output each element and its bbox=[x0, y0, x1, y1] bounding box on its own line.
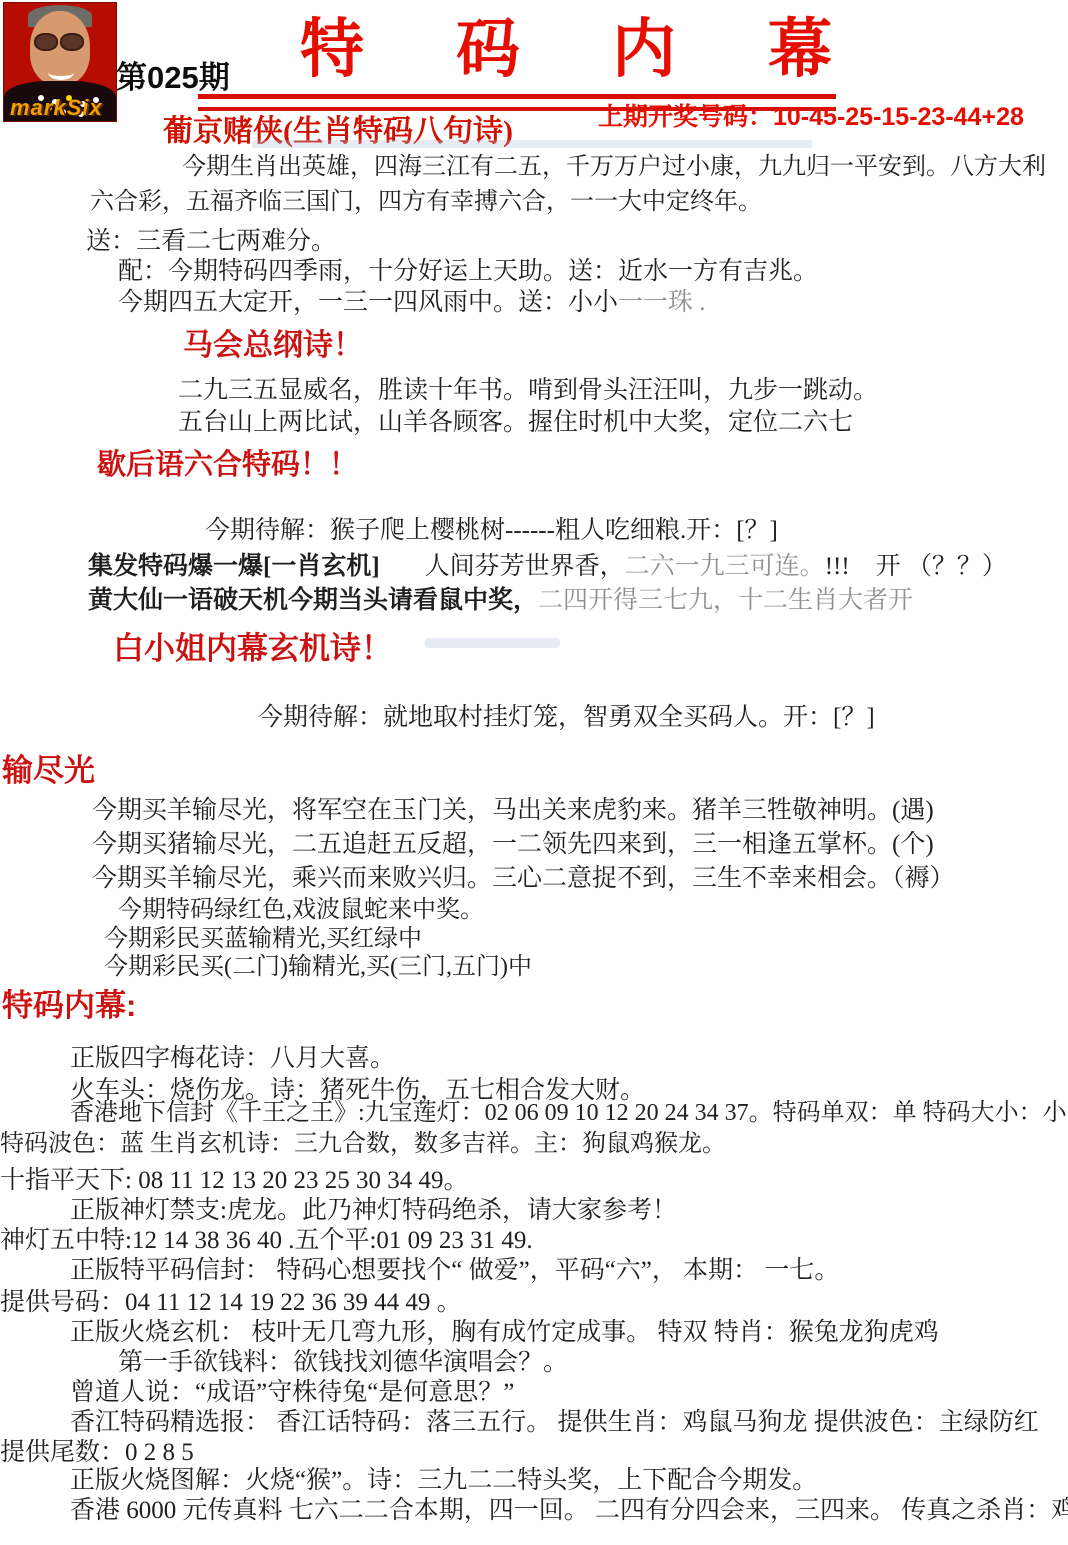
mahui-line1: 二九三五显威名，胜读十年书。啃到骨头汪汪叫，九步一跳动。 bbox=[178, 370, 878, 406]
huangdaxian-faded1: 二四开得三七九， bbox=[538, 587, 738, 614]
jifa-poem: 人间芬芳世界香， bbox=[425, 553, 625, 580]
heading-xiehouyu: 歇后语六合特码！！ bbox=[97, 442, 358, 483]
marksix-logo: markSix bbox=[3, 2, 117, 122]
huangdaxian-faded2: 十二生肖大者开 bbox=[738, 587, 913, 614]
brand-text: markSix bbox=[10, 95, 103, 121]
huangdaxian-main: 黄大仙一语破天机今期当头请看鼠中奖， bbox=[88, 587, 538, 614]
zodiac-poem-line4-main: 今期四五大定开，一三一四风雨中。送：小小 bbox=[118, 289, 618, 316]
xiehouyu-riddle-line: 今期待解：猴子爬上樱桃树------粗人吃细粮.开：[？] bbox=[205, 510, 778, 546]
temaneimu-line: 正版四字梅花诗：八月大喜。 bbox=[70, 1038, 395, 1074]
logo-smile bbox=[48, 65, 74, 80]
zodiac-poem-line4: 今期四五大定开，一三一四风雨中。送：小小一一珠 . bbox=[118, 282, 706, 318]
xiehouyu-jifa-line: 集发特码爆一爆[一肖玄机]人间芬芳世界香，二六一九三可连。!!!开 （？？） bbox=[88, 546, 1007, 582]
issue-number: 第025期 bbox=[116, 52, 230, 97]
baixiaojie-riddle-line: 今期待解：就地取村挂灯笼，智勇双全买码人。开：[？] bbox=[258, 697, 875, 733]
heading-mahui-poem: 马会总纲诗！ bbox=[183, 320, 363, 364]
shujinguang-line: 今期买羊输尽光，将军空在玉门关，马出关来虎豹来。猪羊三牲敬神明。(遇) bbox=[92, 790, 934, 826]
jifa-poem-faded: 二六一九三可连。 bbox=[625, 553, 825, 580]
temaneimu-line: 正版特平码信封： 特码心想要找个“ 做爱”，平码“六”， 本期： 一七。 bbox=[70, 1250, 839, 1286]
logo-glasses-icon bbox=[34, 33, 86, 49]
heading-temaneimu: 特码内幕: bbox=[2, 980, 136, 1025]
jifa-bang: !!! bbox=[825, 553, 850, 580]
page-title: 特码内幕 bbox=[300, 12, 924, 88]
jifa-label: 集发特码爆一爆[一肖玄机] bbox=[88, 553, 380, 580]
previous-draw-numbers: 上期开奖号码：10-45-25-15-23-44+28 bbox=[598, 97, 1024, 133]
heading-baixiaojie: 白小姐内幕玄机诗！ bbox=[113, 623, 392, 668]
shujinguang-line: 今期彩民买(二门)输精光,买(三门,五门)中 bbox=[104, 946, 532, 981]
xiehouyu-huangdaxian-line: 黄大仙一语破天机今期当头请看鼠中奖，二四开得三七九，十二生肖大者开 bbox=[88, 580, 913, 616]
heading-shujinguang: 输尽光 bbox=[2, 745, 95, 790]
scan-artifact bbox=[252, 140, 812, 148]
temaneimu-line: 香江特码精选报： 香江话特码：落三五行。 提供生肖：鸡鼠马狗龙 提供波色：主绿防… bbox=[70, 1402, 1039, 1438]
zodiac-poem-line4-faded: 一一珠 . bbox=[618, 289, 706, 316]
mahui-line2: 五台山上两比试，山羊各顾客。握住时机中大奖，定位二六七 bbox=[178, 402, 853, 438]
shujinguang-line: 今期买猪输尽光，二五追赶五反超，一二领先四来到，三一相逢五掌杯。(个) bbox=[92, 824, 934, 860]
temaneimu-envelope-paragraph: 香港地下信封《千王之王》:九宝莲灯：02 06 09 10 12 20 24 3… bbox=[0, 1098, 1068, 1160]
zodiac-poem-paragraph: 今期生肖出英雄，四海三江有二五，千万万户过小康，九九归一平安到。八方大利六合彩，… bbox=[90, 150, 1068, 220]
temaneimu-line: 香港 6000 元传真料 七六二二合本期，四一回。 二四有分四会来，三四来。 传… bbox=[70, 1490, 1068, 1526]
jifa-open-result: 开 （？？） bbox=[876, 553, 1007, 580]
scan-artifact bbox=[425, 638, 560, 648]
